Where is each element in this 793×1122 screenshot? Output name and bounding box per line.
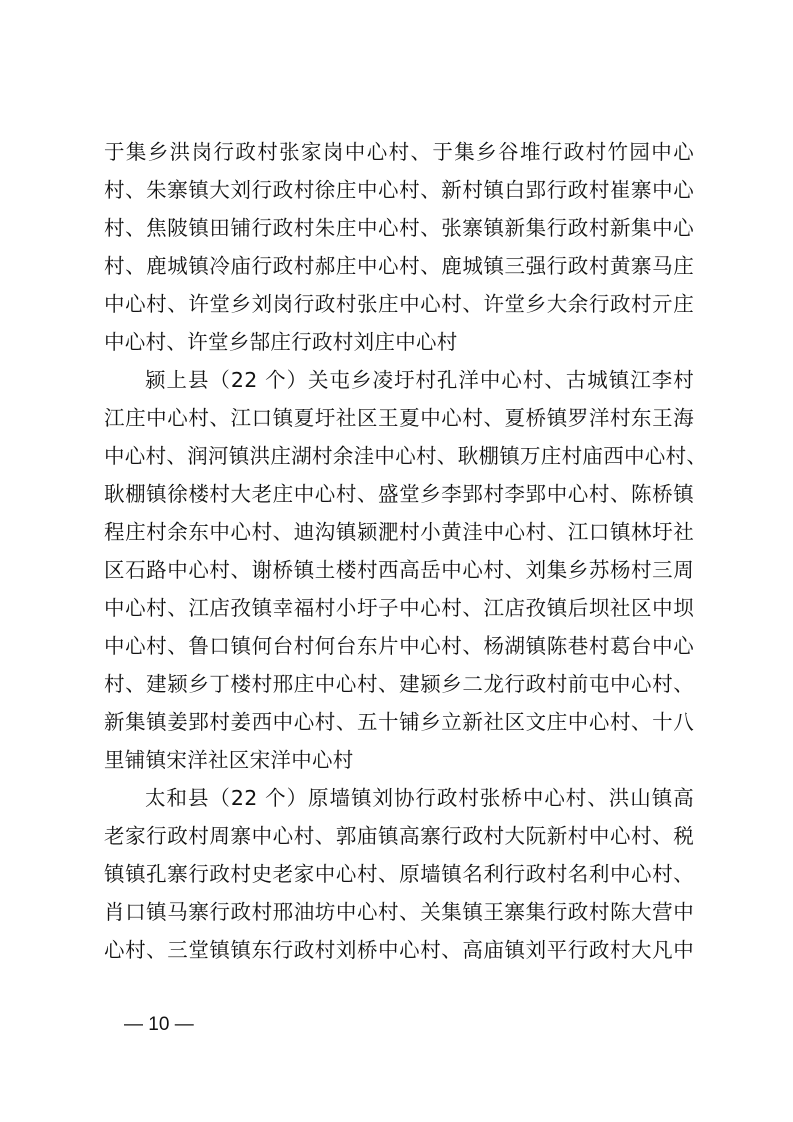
text-line: 镇镇孔寨行政村史老家中心村、原墙镇名利行政村名利中心村、 xyxy=(104,855,694,893)
text-line: 老家行政村周寨中心村、郭庙镇高寨行政村大阮新村中心村、税 xyxy=(104,817,694,855)
text-line: 中心村、许堂乡刘岗行政村张庄中心村、许堂乡大余行政村亓庄 xyxy=(104,285,694,323)
page-number: — 10 — xyxy=(124,1014,194,1036)
text-line: 中心村、许堂乡郜庄行政村刘庄中心村 xyxy=(104,323,694,361)
text-line: 程庄村余东中心村、迪沟镇颍淝村小黄洼中心村、江口镇林圩社 xyxy=(104,513,694,551)
body-text: 于集乡洪岗行政村张家岗中心村、于集乡谷堆行政村竹园中心 村、朱寨镇大刘行政村徐庄… xyxy=(104,133,694,969)
text-line: 村、焦陂镇田铺行政村朱庄中心村、张寨镇新集行政村新集中心 xyxy=(104,209,694,247)
text-line: 心村、三堂镇镇东行政村刘桥中心村、高庙镇刘平行政村大凡中 xyxy=(104,931,694,969)
text-line: 村、鹿城镇冷庙行政村郝庄中心村、鹿城镇三强行政村黄寨马庄 xyxy=(104,247,694,285)
text-line: 村、朱寨镇大刘行政村徐庄中心村、新村镇白郢行政村崔寨中心 xyxy=(104,171,694,209)
paragraph-continued: 于集乡洪岗行政村张家岗中心村、于集乡谷堆行政村竹园中心 村、朱寨镇大刘行政村徐庄… xyxy=(104,133,694,361)
text-line: 区石路中心村、谢桥镇土楼村西高岳中心村、刘集乡苏杨村三周 xyxy=(104,551,694,589)
document-page: 于集乡洪岗行政村张家岗中心村、于集乡谷堆行政村竹园中心 村、朱寨镇大刘行政村徐庄… xyxy=(0,0,793,1122)
text-line: 太和县（22 个）原墙镇刘协行政村张桥中心村、洪山镇高 xyxy=(104,779,694,817)
text-line: 村、建颍乡丁楼村邢庄中心村、建颍乡二龙行政村前屯中心村、 xyxy=(104,665,694,703)
text-line: 中心村、鲁口镇何台村何台东片中心村、杨湖镇陈巷村葛台中心 xyxy=(104,627,694,665)
text-line: 耿棚镇徐楼村大老庄中心村、盛堂乡李郢村李郢中心村、陈桥镇 xyxy=(104,475,694,513)
text-line: 于集乡洪岗行政村张家岗中心村、于集乡谷堆行政村竹园中心 xyxy=(104,133,694,171)
text-line: 中心村、润河镇洪庄湖村余洼中心村、耿棚镇万庄村庙西中心村、 xyxy=(104,437,694,475)
text-line: 里铺镇宋洋社区宋洋中心村 xyxy=(104,741,694,779)
paragraph-yingshang-county: 颍上县（22 个）关屯乡凌圩村孔洋中心村、古城镇江李村 江庄中心村、江口镇夏圩社… xyxy=(104,361,694,779)
text-line: 新集镇姜郢村姜西中心村、五十铺乡立新社区文庄中心村、十八 xyxy=(104,703,694,741)
text-line: 颍上县（22 个）关屯乡凌圩村孔洋中心村、古城镇江李村 xyxy=(104,361,694,399)
paragraph-taihe-county: 太和县（22 个）原墙镇刘协行政村张桥中心村、洪山镇高 老家行政村周寨中心村、郭… xyxy=(104,779,694,969)
text-line: 肖口镇马寨行政村邢油坊中心村、关集镇王寨集行政村陈大营中 xyxy=(104,893,694,931)
text-line: 江庄中心村、江口镇夏圩社区王夏中心村、夏桥镇罗洋村东王海 xyxy=(104,399,694,437)
text-line: 中心村、江店孜镇幸福村小圩子中心村、江店孜镇后坝社区中坝 xyxy=(104,589,694,627)
